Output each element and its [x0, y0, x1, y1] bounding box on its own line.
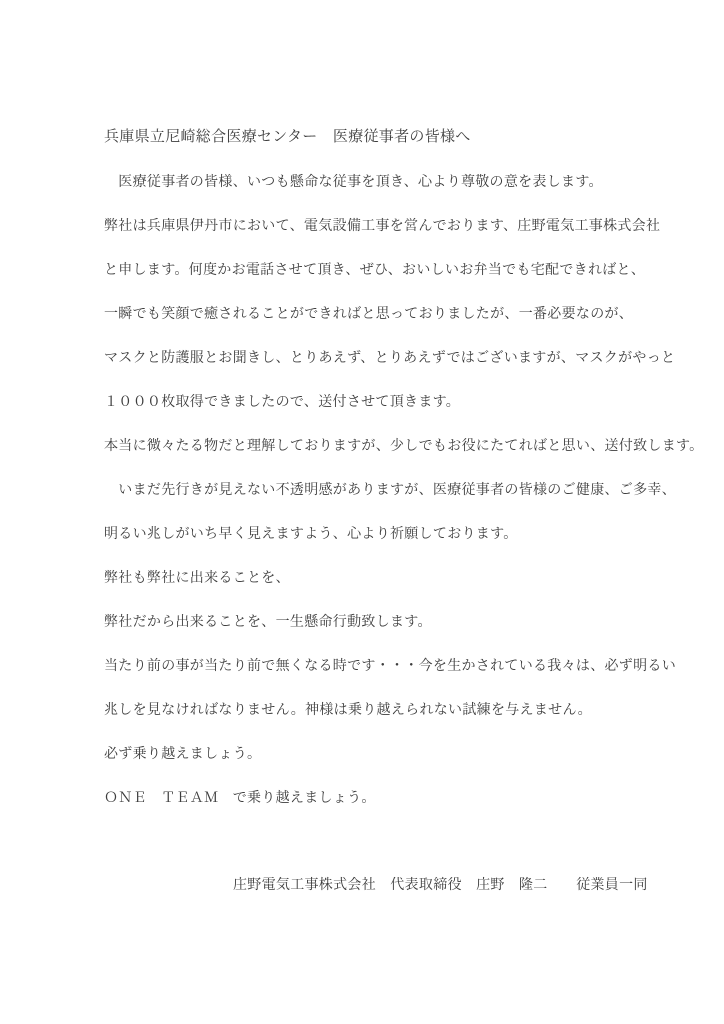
letter-line-overcome: 必ず乗り越えましょう。: [104, 731, 660, 775]
letter-line-smile: 一瞬でも笑顔で癒されることができればと思っておりましたが、一番必要なのが、: [104, 291, 660, 335]
letter-line-ordinary-lost: 当たり前の事が当たり前で無くなる時です・・・今を生かされている我々は、必ず明るい: [104, 643, 660, 687]
letter-line-uncertainty: いまだ先行きが見えない不透明感がありますが、医療従事者の皆様のご健康、ご多幸、: [104, 467, 660, 511]
letter-page: 兵庫県立尼崎総合医療センター 医療従事者の皆様へ 医療従事者の皆様、いつも懸命な…: [0, 0, 724, 1024]
letter-line-phone-call: と申します。何度かお電話させて頂き、ぜひ、おいしいお弁当でも宅配できればと、: [104, 247, 660, 291]
letter-line-act-hard: 弊社だから出来ることを、一生懸命行動致します。: [104, 599, 660, 643]
letter-signature: 庄野電気工事株式会社 代表取締役 庄野 隆二 従業員一同: [233, 862, 660, 906]
letter-line-greeting: 医療従事者の皆様、いつも懸命な従事を頂き、心より尊敬の意を表します。: [104, 159, 660, 203]
letter-line-one-team: ＯＮＥ ＴＥＡＭ で乗り越えましょう。: [104, 775, 660, 819]
letter-title: 兵庫県立尼崎総合医療センター 医療従事者の皆様へ: [104, 115, 660, 159]
letter-line-mask-need: マスクと防護服とお聞きし、とりあえず、とりあえずではございますが、マスクがやっと: [104, 335, 660, 379]
letter-line-bright-sign: 明るい兆しがいち早く見えますよう、心より祈願しております。: [104, 511, 660, 555]
letter-line-mask-count: １０００枚取得できましたので、送付させて頂きます。: [104, 379, 660, 423]
letter-line-modest-gift: 本当に微々たる物だと理解しておりますが、少しでもお役にたてればと思い、送付致しま…: [104, 423, 660, 467]
letter-line-what-we-can: 弊社も弊社に出来ることを、: [104, 555, 660, 599]
letter-content: 兵庫県立尼崎総合医療センター 医療従事者の皆様へ 医療従事者の皆様、いつも懸命な…: [104, 115, 660, 906]
letter-line-company-intro: 弊社は兵庫県伊丹市において、電気設備工事を営んでおります、庄野電気工事株式会社: [104, 203, 660, 247]
letter-line-god-trial: 兆しを見なければなりません。神様は乗り越えられない試練を与えません。: [104, 687, 660, 731]
